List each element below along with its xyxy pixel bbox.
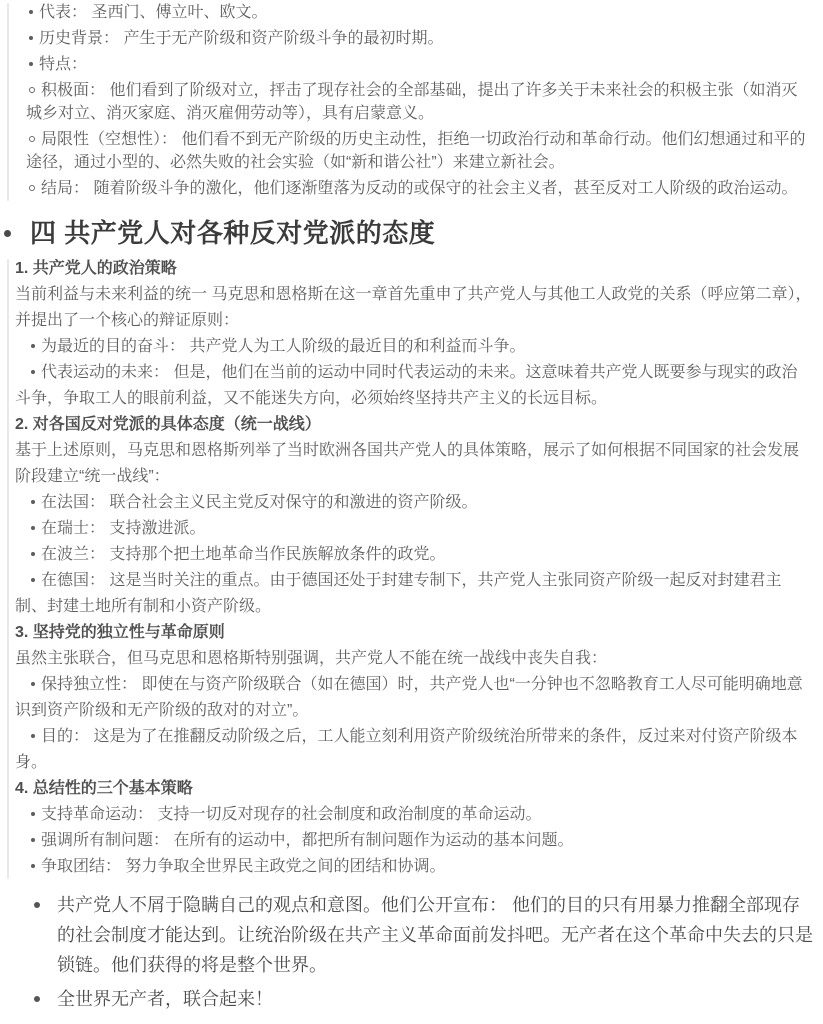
circle-bullet-icon [29, 136, 35, 142]
bullet-list-item: 代表运动的未来： 但是，他们在当前的运动中同时代表运动的未来。这意味着共产党人既… [15, 360, 813, 412]
circle-bullet-icon [29, 185, 35, 191]
bullet-icon [31, 812, 35, 816]
numbered-subheading: 2. 对各国反对党派的具体态度（统一战线） [15, 412, 813, 438]
bullet-list-item: 在德国： 这是当时关注的重点。由于德国还处于封建专制下，共产党人主张同资产阶级一… [15, 568, 813, 620]
section-heading: 四 共产党人对各种反对党派的态度 [30, 216, 435, 250]
bullet-icon [29, 62, 33, 66]
bullet-icon [34, 984, 57, 1014]
bullet-list-item: 在波兰： 支持那个把土地革命当作民族解放条件的政党。 [15, 542, 813, 568]
list-item-text: 支持革命运动： 支持一切反对现存的社会制度和政治制度的革命运动。 [41, 806, 541, 823]
paragraph: 当前利益与未来利益的统一 马克思和恩格斯在这一章首先重申了共产党人与其他工人政党… [15, 282, 813, 334]
sub-list-item: 局限性（空想性）： 他们看不到无产阶级的历史主动性，拒绝一切政治行动和革命行动。… [26, 128, 813, 174]
paragraph: 基于上述原则，马克思和恩格斯列举了当时欧洲各国共产党人的具体策略，展示了如何根据… [15, 438, 813, 490]
list-item-text: 积极面： 他们看到了阶级对立，抨击了现存社会的全部基础，提出了许多关于未来社会的… [26, 82, 797, 122]
list-item: 特点： [26, 53, 813, 76]
list-item-text: 历史背景： 产生于无产阶级和资产阶级斗争的最初时期。 [39, 30, 443, 47]
numbered-subheading: 4. 总结性的三个基本策略 [15, 776, 813, 802]
list-item-text: 在法国： 联合社会主义民主党反对保守的和激进的资产阶级。 [41, 494, 477, 511]
closing-list: 共产党人不屑于隐瞒自己的观点和意图。他们公开宣布： 他们的目的只有用暴力推翻全部… [0, 882, 823, 1014]
bullet-icon [31, 526, 35, 530]
paragraph: 虽然主张联合，但马克思和恩格斯特别强调，共产党人不能在统一战线中丧失自我： [15, 646, 813, 672]
bullet-list-item: 目的： 这是为了在推翻反动阶级之后，工人能立刻利用资产阶级统治所带来的条件，反过… [15, 724, 813, 776]
previous-section-list: 代表： 圣西门、傅立叶、欧文。 历史背景： 产生于无产阶级和资产阶级斗争的最初时… [0, 0, 823, 204]
list-item-text: 强调所有制问题： 在所有的运动中，都把所有制问题作为运动的基本问题。 [41, 832, 573, 849]
bullet-list-item: 争取团结： 努力争取全世界民主政党之间的团结和协调。 [15, 854, 813, 880]
list-item-text: 为最近的目的奋斗： 共产党人为工人阶级的最近目的和利益而斗争。 [41, 338, 525, 355]
sub-list-item: 结局： 随着阶级斗争的激化，他们逐渐堕落为反动的或保守的社会主义者，甚至反对工人… [26, 177, 813, 200]
bullet-icon [31, 344, 35, 348]
section-body: 1. 共产党人的政治策略 当前利益与未来利益的统一 马克思和恩格斯在这一章首先重… [0, 256, 823, 882]
bullet-icon [31, 734, 35, 738]
list-item-text: 争取团结： 努力争取全世界民主政党之间的团结和协调。 [41, 858, 445, 875]
bullet-list-item: 在瑞士： 支持激进派。 [15, 516, 813, 542]
bullet-icon [31, 682, 35, 686]
list-item-text: 特点： [39, 56, 87, 73]
numbered-subheading: 3. 坚持党的独立性与革命原则 [15, 620, 813, 646]
sub-list-item: 积极面： 他们看到了阶级对立，抨击了现存社会的全部基础，提出了许多关于未来社会的… [26, 79, 813, 125]
list-item-text: 保持独立性： 即使在与资产阶级联合（如在德国）时，共产党人也“一分钟也不忽略教育… [15, 676, 803, 719]
bullet-icon [31, 864, 35, 868]
indent-guide-line [7, 3, 9, 201]
notes-document: 代表： 圣西门、傅立叶、欧文。 历史背景： 产生于无产阶级和资产阶级斗争的最初时… [0, 0, 823, 1014]
closing-statement: 共产党人不屑于隐瞒自己的观点和意图。他们公开宣布： 他们的目的只有用暴力推翻全部… [0, 890, 813, 980]
bullet-icon [31, 578, 35, 582]
list-item-text: 代表运动的未来： 但是，他们在当前的运动中同时代表运动的未来。这意味着共产党人既… [15, 364, 797, 407]
numbered-subheading: 1. 共产党人的政治策略 [15, 256, 813, 282]
bullet-icon [29, 36, 33, 40]
bullet-list-item: 强调所有制问题： 在所有的运动中，都把所有制问题作为运动的基本问题。 [15, 828, 813, 854]
list-item: 历史背景： 产生于无产阶级和资产阶级斗争的最初时期。 [26, 27, 813, 50]
bullet-icon [29, 10, 33, 14]
bullet-icon [31, 370, 35, 374]
bullet-icon [31, 552, 35, 556]
section-heading-row: 四 共产党人对各种反对党派的态度 [0, 216, 823, 250]
bullet-icon [34, 890, 57, 980]
circle-bullet-icon [29, 87, 35, 93]
closing-statement-text: 全世界无产者，联合起来！ [57, 984, 813, 1014]
list-item-text: 在波兰： 支持那个把土地革命当作民族解放条件的政党。 [41, 546, 445, 563]
bullet-icon [31, 500, 35, 504]
list-item-text: 局限性（空想性）： 他们看不到无产阶级的历史主动性，拒绝一切政治行动和革命行动。… [26, 131, 805, 171]
heading-bullet-icon [4, 230, 11, 237]
indent-guide-line [7, 259, 9, 879]
list-item-text: 在德国： 这是当时关注的重点。由于德国还处于封建专制下，共产党人主张同资产阶级一… [15, 572, 781, 615]
list-item-text: 结局： 随着阶级斗争的激化，他们逐渐堕落为反动的或保守的社会主义者，甚至反对工人… [41, 180, 797, 197]
list-item-text: 代表： 圣西门、傅立叶、欧文。 [39, 4, 267, 21]
list-item-text: 目的： 这是为了在推翻反动阶级之后，工人能立刻利用资产阶级统治所带来的条件，反过… [15, 728, 797, 771]
bullet-list-item: 保持独立性： 即使在与资产阶级联合（如在德国）时，共产党人也“一分钟也不忽略教育… [15, 672, 813, 724]
bullet-list-item: 支持革命运动： 支持一切反对现存的社会制度和政治制度的革命运动。 [15, 802, 813, 828]
bullet-list-item: 在法国： 联合社会主义民主党反对保守的和激进的资产阶级。 [15, 490, 813, 516]
bullet-list-item: 为最近的目的奋斗： 共产党人为工人阶级的最近目的和利益而斗争。 [15, 334, 813, 360]
closing-statement: 全世界无产者，联合起来！ [0, 984, 813, 1014]
bullet-icon [31, 838, 35, 842]
closing-statement-text: 共产党人不屑于隐瞒自己的观点和意图。他们公开宣布： 他们的目的只有用暴力推翻全部… [57, 890, 813, 980]
list-item-text: 在瑞士： 支持激进派。 [41, 520, 205, 537]
list-item: 代表： 圣西门、傅立叶、欧文。 [26, 1, 813, 24]
